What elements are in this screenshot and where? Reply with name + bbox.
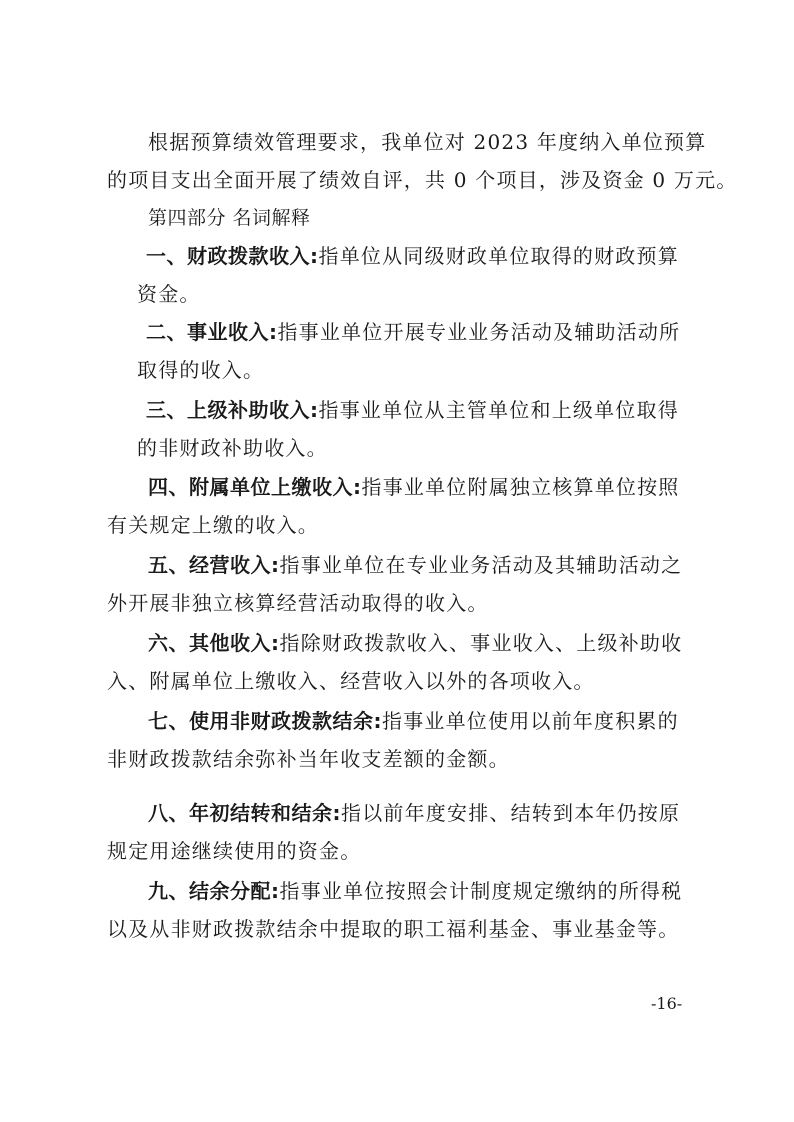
term-item-8: 八、年初结转和结余:指以前年度安排、结转到本年仍按原 (148, 801, 680, 825)
term-label: 三、上级补助收入: (146, 398, 319, 422)
term-item-2: 二、事业收入:指事业单位开展专业业务活动及辅助活动所 (146, 320, 680, 344)
term-label: 四、附属单位上缴收入: (148, 475, 362, 499)
term-label: 九、结余分配: (148, 879, 280, 903)
term-definition: 指单位从同级财政单位取得的财政预算 (319, 244, 679, 268)
term-label: 一、财政拨款收入: (146, 244, 319, 268)
term-item-7: 七、使用非财政拨款结余:指事业单位使用以前年度积累的 (148, 709, 679, 733)
term-label: 七、使用非财政拨款结余: (148, 709, 382, 733)
term-definition: 指事业单位开展专业业务活动及辅助活动所 (278, 320, 681, 344)
term-item-1-cont: 资金。 (137, 282, 201, 306)
term-label: 二、事业收入: (146, 320, 278, 344)
term-item-1: 一、财政拨款收入:指单位从同级财政单位取得的财政预算 (146, 244, 679, 268)
term-item-5-cont: 外开展非独立核算经营活动取得的收入。 (107, 591, 489, 615)
term-item-4-cont: 有关规定上缴的收入。 (107, 513, 319, 537)
term-definition: 指事业单位在专业业务活动及其辅助活动之 (280, 553, 683, 577)
term-item-9-cont: 以及从非财政拨款结余中提取的职工福利基金、事业基金等。 (107, 917, 679, 941)
term-item-4: 四、附属单位上缴收入:指事业单位附属独立核算单位按照 (148, 475, 680, 499)
term-item-7-cont: 非财政拨款结余弥补当年收支差额的金额。 (107, 747, 510, 771)
term-item-3-cont: 的非财政补助收入。 (137, 436, 328, 460)
term-definition: 指事业单位按照会计制度规定缴纳的所得税 (280, 879, 683, 903)
term-label: 六、其他收入: (148, 631, 280, 655)
term-item-6: 六、其他收入:指除财政拨款收入、事业收入、上级补助收 (148, 631, 682, 655)
term-item-6-cont: 入、附属单位上缴收入、经营收入以外的各项收入。 (107, 669, 595, 693)
term-definition: 指除财政拨款收入、事业收入、上级补助收 (280, 631, 683, 655)
term-item-9: 九、结余分配:指事业单位按照会计制度规定缴纳的所得税 (148, 879, 682, 903)
term-label: 五、经营收入: (148, 553, 280, 577)
term-definition: 指以前年度安排、结转到本年仍按原 (341, 801, 680, 825)
term-definition: 指事业单位附属独立核算单位按照 (362, 475, 680, 499)
page-number: -16- (651, 994, 682, 1013)
term-item-5: 五、经营收入:指事业单位在专业业务活动及其辅助活动之 (148, 553, 682, 577)
term-item-8-cont: 规定用途继续使用的资金。 (107, 839, 361, 863)
term-label: 八、年初结转和结余: (148, 801, 341, 825)
term-item-2-cont: 取得的收入。 (137, 358, 264, 382)
term-definition: 指事业单位从主管单位和上级单位取得 (319, 398, 679, 422)
term-item-3: 三、上级补助收入:指事业单位从主管单位和上级单位取得 (146, 398, 679, 422)
intro-line-1: 根据预算绩效管理要求，我单位对 2023 年度纳入单位预算 (148, 130, 706, 154)
section-heading: 第四部分 名词解释 (148, 206, 311, 230)
term-definition: 指事业单位使用以前年度积累的 (382, 709, 679, 733)
intro-line-2: 的项目支出全面开展了绩效自评，共 0 个项目，涉及资金 0 万元。 (107, 168, 737, 192)
document-page: 根据预算绩效管理要求，我单位对 2023 年度纳入单位预算 的项目支出全面开展了… (0, 0, 794, 1122)
